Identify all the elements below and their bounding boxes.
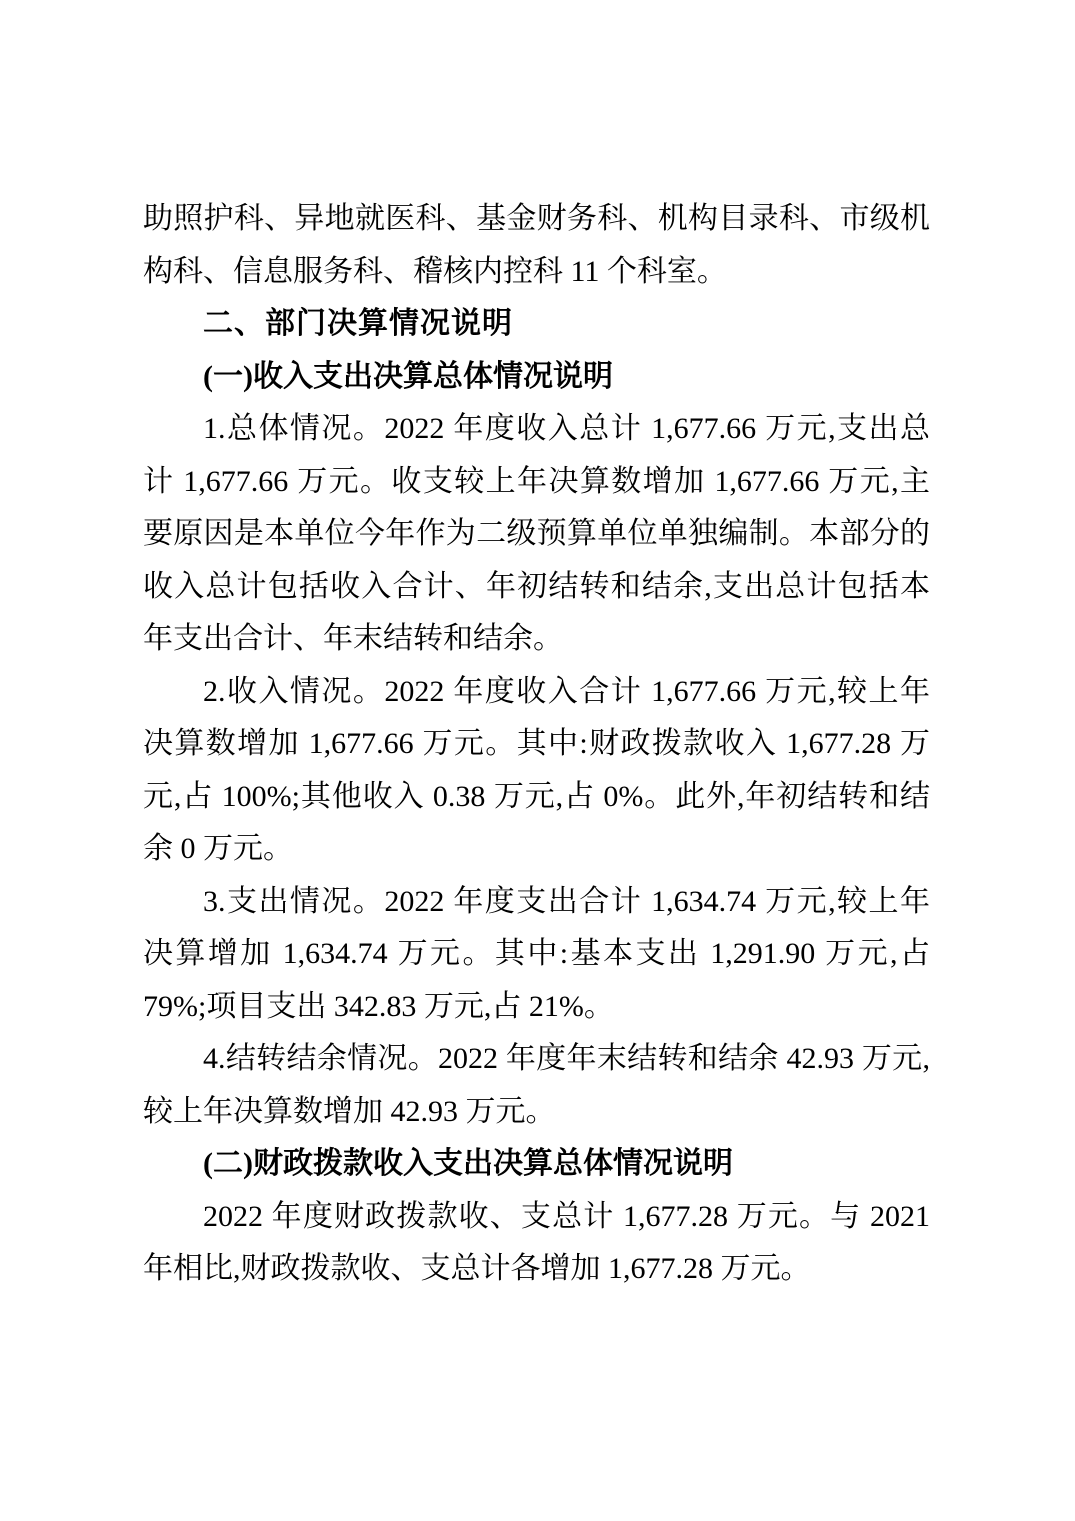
heading-subsection-income-expenditure-overview: (一)收入支出决算总体情况说明 [143, 351, 930, 404]
paragraph-income-situation: 2.收入情况。2022 年度收入合计 1,677.66 万元,较上年决算数增加 … [143, 666, 930, 876]
heading-subsection-fiscal-appropriation-overview: (二)财政拨款收入支出决算总体情况说明 [143, 1138, 930, 1191]
paragraph-expenditure-situation: 3.支出情况。2022 年度支出合计 1,634.74 万元,较上年决算增加 1… [143, 876, 930, 1034]
paragraph-overall-situation: 1.总体情况。2022 年度收入总计 1,677.66 万元,支出总计 1,67… [143, 403, 930, 666]
paragraph-departments-continued: 助照护科、异地就医科、基金财务科、机构目录科、市级机构科、信息服务科、稽核内控科… [143, 193, 930, 298]
paragraph-carryover-balance-situation: 4.结转结余情况。2022 年度年末结转和结余 42.93 万元,较上年决算数增… [143, 1033, 930, 1138]
heading-section-final-accounts: 二、部门决算情况说明 [143, 298, 930, 351]
document-page: 助照护科、异地就医科、基金财务科、机构目录科、市级机构科、信息服务科、稽核内控科… [0, 0, 1075, 1521]
paragraph-fiscal-appropriation-totals: 2022 年度财政拨款收、支总计 1,677.28 万元。与 2021 年相比,… [143, 1191, 930, 1296]
